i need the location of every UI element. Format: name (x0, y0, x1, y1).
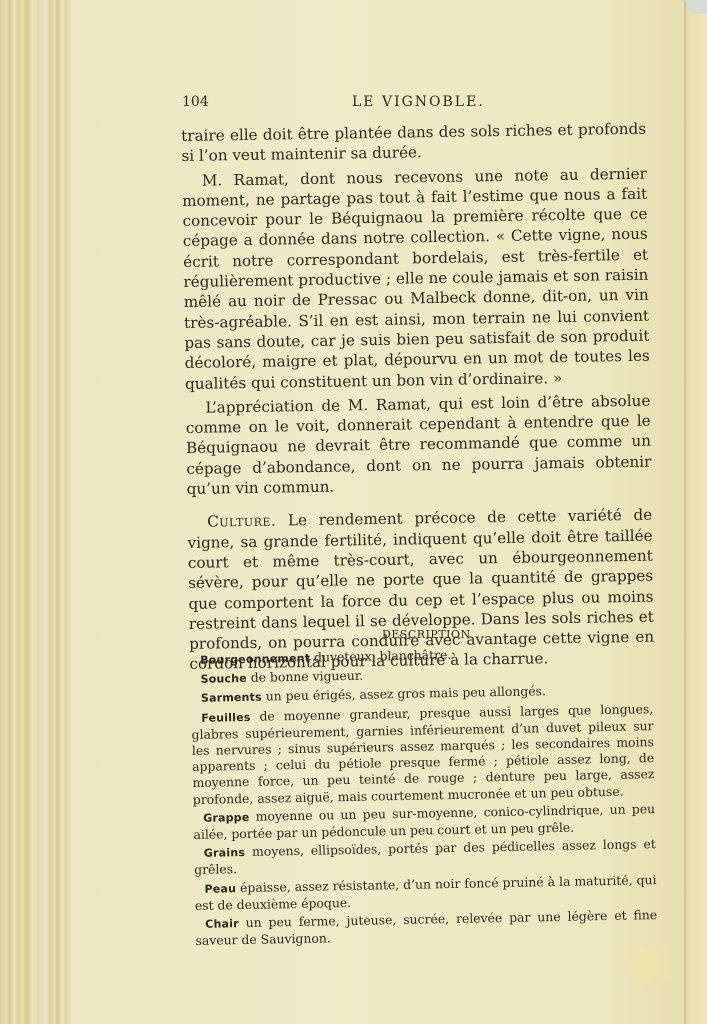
description-term: Grappe (203, 811, 250, 825)
description-text: un peu ferme, juteuse, sucrée, relevée p… (195, 907, 657, 948)
book-gutter (684, 0, 707, 1024)
description-list: Bourgeonnement duveteux, blanchâtre. Sou… (190, 643, 658, 951)
description-term: Grains (204, 846, 245, 860)
paragraph: M. Ramat, dont nous recevons une note au… (182, 163, 650, 394)
description-term: Feuilles (201, 710, 251, 724)
paper-stain (620, 940, 676, 990)
body-text: traire elle doit être plantée dans des s… (181, 119, 655, 675)
description-text: de moyenne grandeur, presque aussi large… (191, 701, 654, 807)
description-text: duveteux, blanchâtre. (310, 647, 451, 665)
description-text: moyens, ellipsoïdes, portés par des pédi… (194, 836, 656, 877)
description-entry: Feuilles de moyenne grandeur, presque au… (191, 701, 655, 808)
description-term: Chair (205, 917, 239, 931)
page-header: 104 LE VIGNOBLE. (182, 94, 642, 114)
description-term: Bourgeonnement (200, 652, 310, 667)
page-number: 104 (182, 94, 209, 110)
paragraph: L’appréciation de M. Ramat, qui est loin… (185, 391, 652, 500)
description-text: épaisse, assez résistante, d’un noir fon… (195, 872, 657, 913)
description-text: moyenne ou un peu sur-moyenne, conico-cy… (193, 801, 655, 842)
description-heading: DESCRIPTION. (382, 628, 474, 641)
book-page-edges (0, 0, 72, 1024)
paragraph: traire elle doit être plantée dans des s… (181, 119, 647, 167)
description-term: Peau (204, 882, 236, 896)
culture-label: Culture. (207, 512, 276, 531)
description-entry: Chair un peu ferme, juteuse, sucrée, rel… (195, 907, 658, 949)
running-title: LE VIGNOBLE. (352, 94, 485, 110)
description-term: Souche (200, 672, 247, 686)
description-text: un peu érigés, assez gros mais peu allon… (262, 684, 546, 704)
description-text: de bonne vigueur. (247, 668, 364, 685)
description-term: Sarments (201, 691, 262, 705)
